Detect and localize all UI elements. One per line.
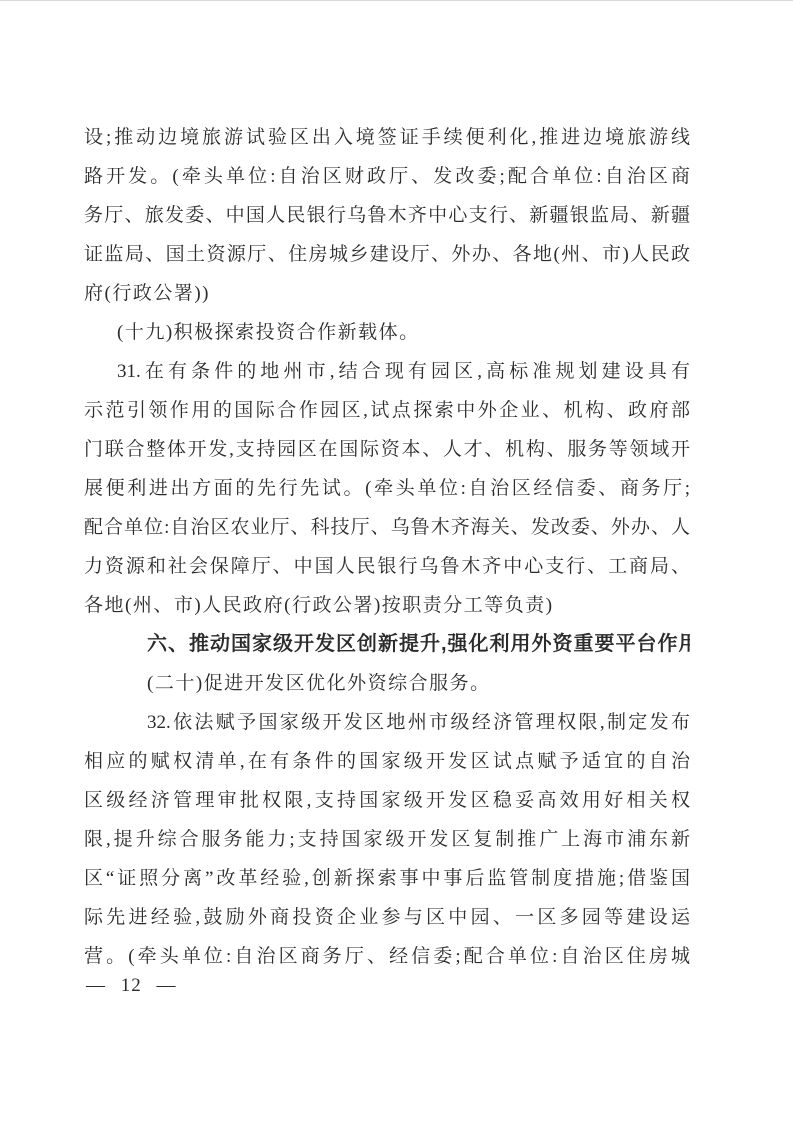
text-line-6: (十九)积极探索投资合作新载体。 <box>84 313 690 352</box>
text-line-19: 限,提升综合服务能力;支持国家级开发区复制推广上海市浦东新 <box>84 820 690 859</box>
text-line-16: 32.依法赋予国家级开发区地州市级经济管理权限,制定发布 <box>84 703 690 742</box>
text-line-1: 设;推动边境旅游试验区出入境签证手续便利化,推进边境旅游线 <box>84 118 690 157</box>
text-line-7: 31.在有条件的地州市,结合现有园区,高标准规划建设具有 <box>84 352 690 391</box>
document-page: 设;推动边境旅游试验区出入境签证手续便利化,推进边境旅游线路开发。(牵头单位:自… <box>0 0 793 1122</box>
text-line-12: 力资源和社会保障厅、中国人民银行乌鲁木齐中心支行、工商局、 <box>84 547 690 586</box>
scan-edge-line <box>0 0 793 1</box>
text-line-8: 示范引领作用的国际合作园区,试点探索中外企业、机构、政府部 <box>84 391 690 430</box>
text-line-2: 路开发。(牵头单位:自治区财政厅、发改委;配合单位:自治区商 <box>84 157 690 196</box>
text-line-3: 务厅、旅发委、中国人民银行乌鲁木齐中心支行、新疆银监局、新疆 <box>84 196 690 235</box>
text-line-20: 区“证照分离”改革经验,创新探索事中事后监管制度措施;借鉴国 <box>84 859 690 898</box>
text-line-13: 各地(州、市)人民政府(行政公署)按职责分工等负责) <box>84 586 690 625</box>
page-footer: — 12 — <box>86 971 177 1001</box>
page-number: — 12 — <box>86 975 177 996</box>
text-line-10: 展便利进出方面的先行先试。(牵头单位:自治区经信委、商务厅; <box>84 469 690 508</box>
text-line-15: (二十)促进开发区优化外资综合服务。 <box>84 664 690 703</box>
text-line-11: 配合单位:自治区农业厅、科技厅、乌鲁木齐海关、发改委、外办、人 <box>84 508 690 547</box>
text-line-17: 相应的赋权清单,在有条件的国家级开发区试点赋予适宜的自治 <box>84 742 690 781</box>
text-line-18: 区级经济管理审批权限,支持国家级开发区稳妥高效用好相关权 <box>84 781 690 820</box>
text-line-14: 六、推动国家级开发区创新提升,强化利用外资重要平台作用 <box>84 625 690 664</box>
text-block: 设;推动边境旅游试验区出入境签证手续便利化,推进边境旅游线路开发。(牵头单位:自… <box>84 118 690 976</box>
text-line-9: 门联合整体开发,支持园区在国际资本、人才、机构、服务等领域开 <box>84 430 690 469</box>
text-line-21: 际先进经验,鼓励外商投资企业参与区中园、一区多园等建设运 <box>84 898 690 937</box>
text-line-5: 府(行政公署)) <box>84 274 690 313</box>
text-line-4: 证监局、国土资源厅、住房城乡建设厅、外办、各地(州、市)人民政 <box>84 235 690 274</box>
